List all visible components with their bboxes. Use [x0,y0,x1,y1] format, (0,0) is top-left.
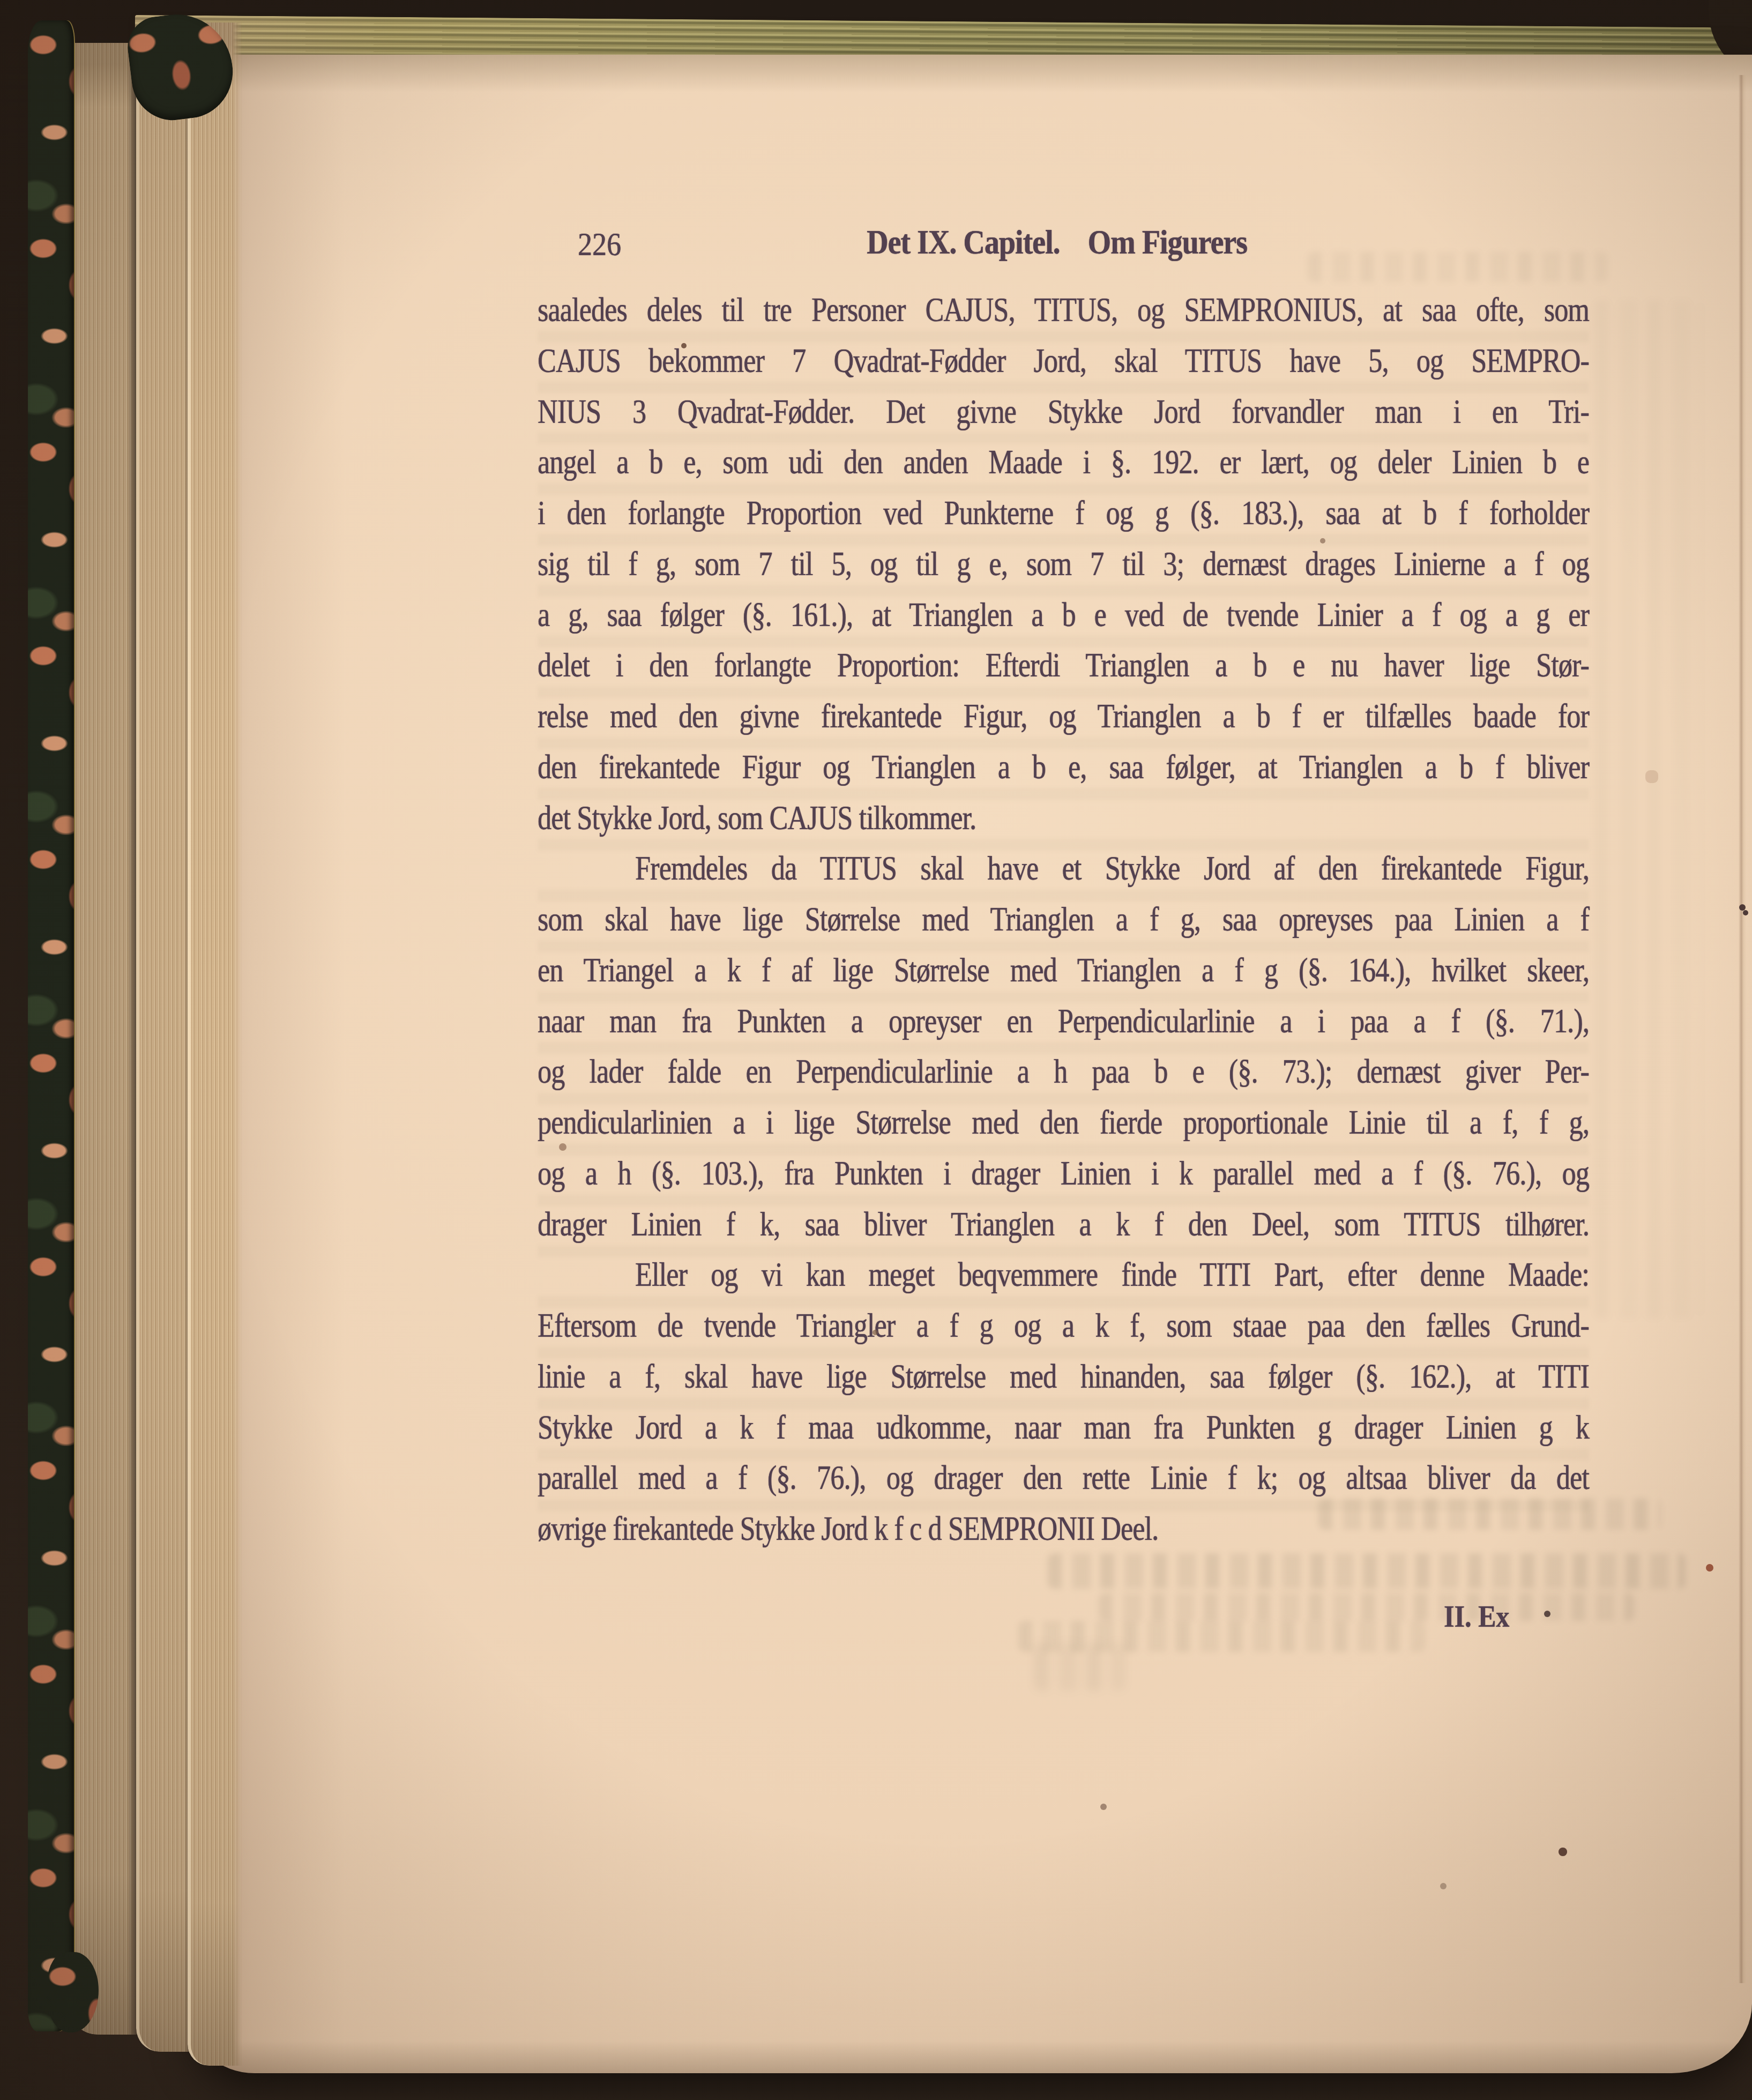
page-fold-line [1739,75,1746,1983]
running-header: Det IX. Capitel. Om Figurers [804,222,1310,262]
verso-ghost-text [1034,1642,1125,1691]
verso-ghost-text [1099,1593,1635,1621]
marbled-cover-edge [28,20,74,2031]
book-scan-photo: 226 Det IX. Capitel. Om Figurers saalede… [0,0,1752,2100]
verso-ghost-margin [1594,300,1702,1319]
page-number: 226 [578,225,621,263]
page-edge-stack-outer [69,43,140,2035]
body-line: øvrige firekantede Stykke Jord k f c d S… [538,1499,1589,1560]
ink-specks [0,0,3,3]
page-edge-stack-middle [136,31,195,2052]
catchword: II. Ex [1444,1598,1509,1634]
page-edge-stack-inner [188,23,242,2066]
verso-ghost-text [1308,252,1608,282]
